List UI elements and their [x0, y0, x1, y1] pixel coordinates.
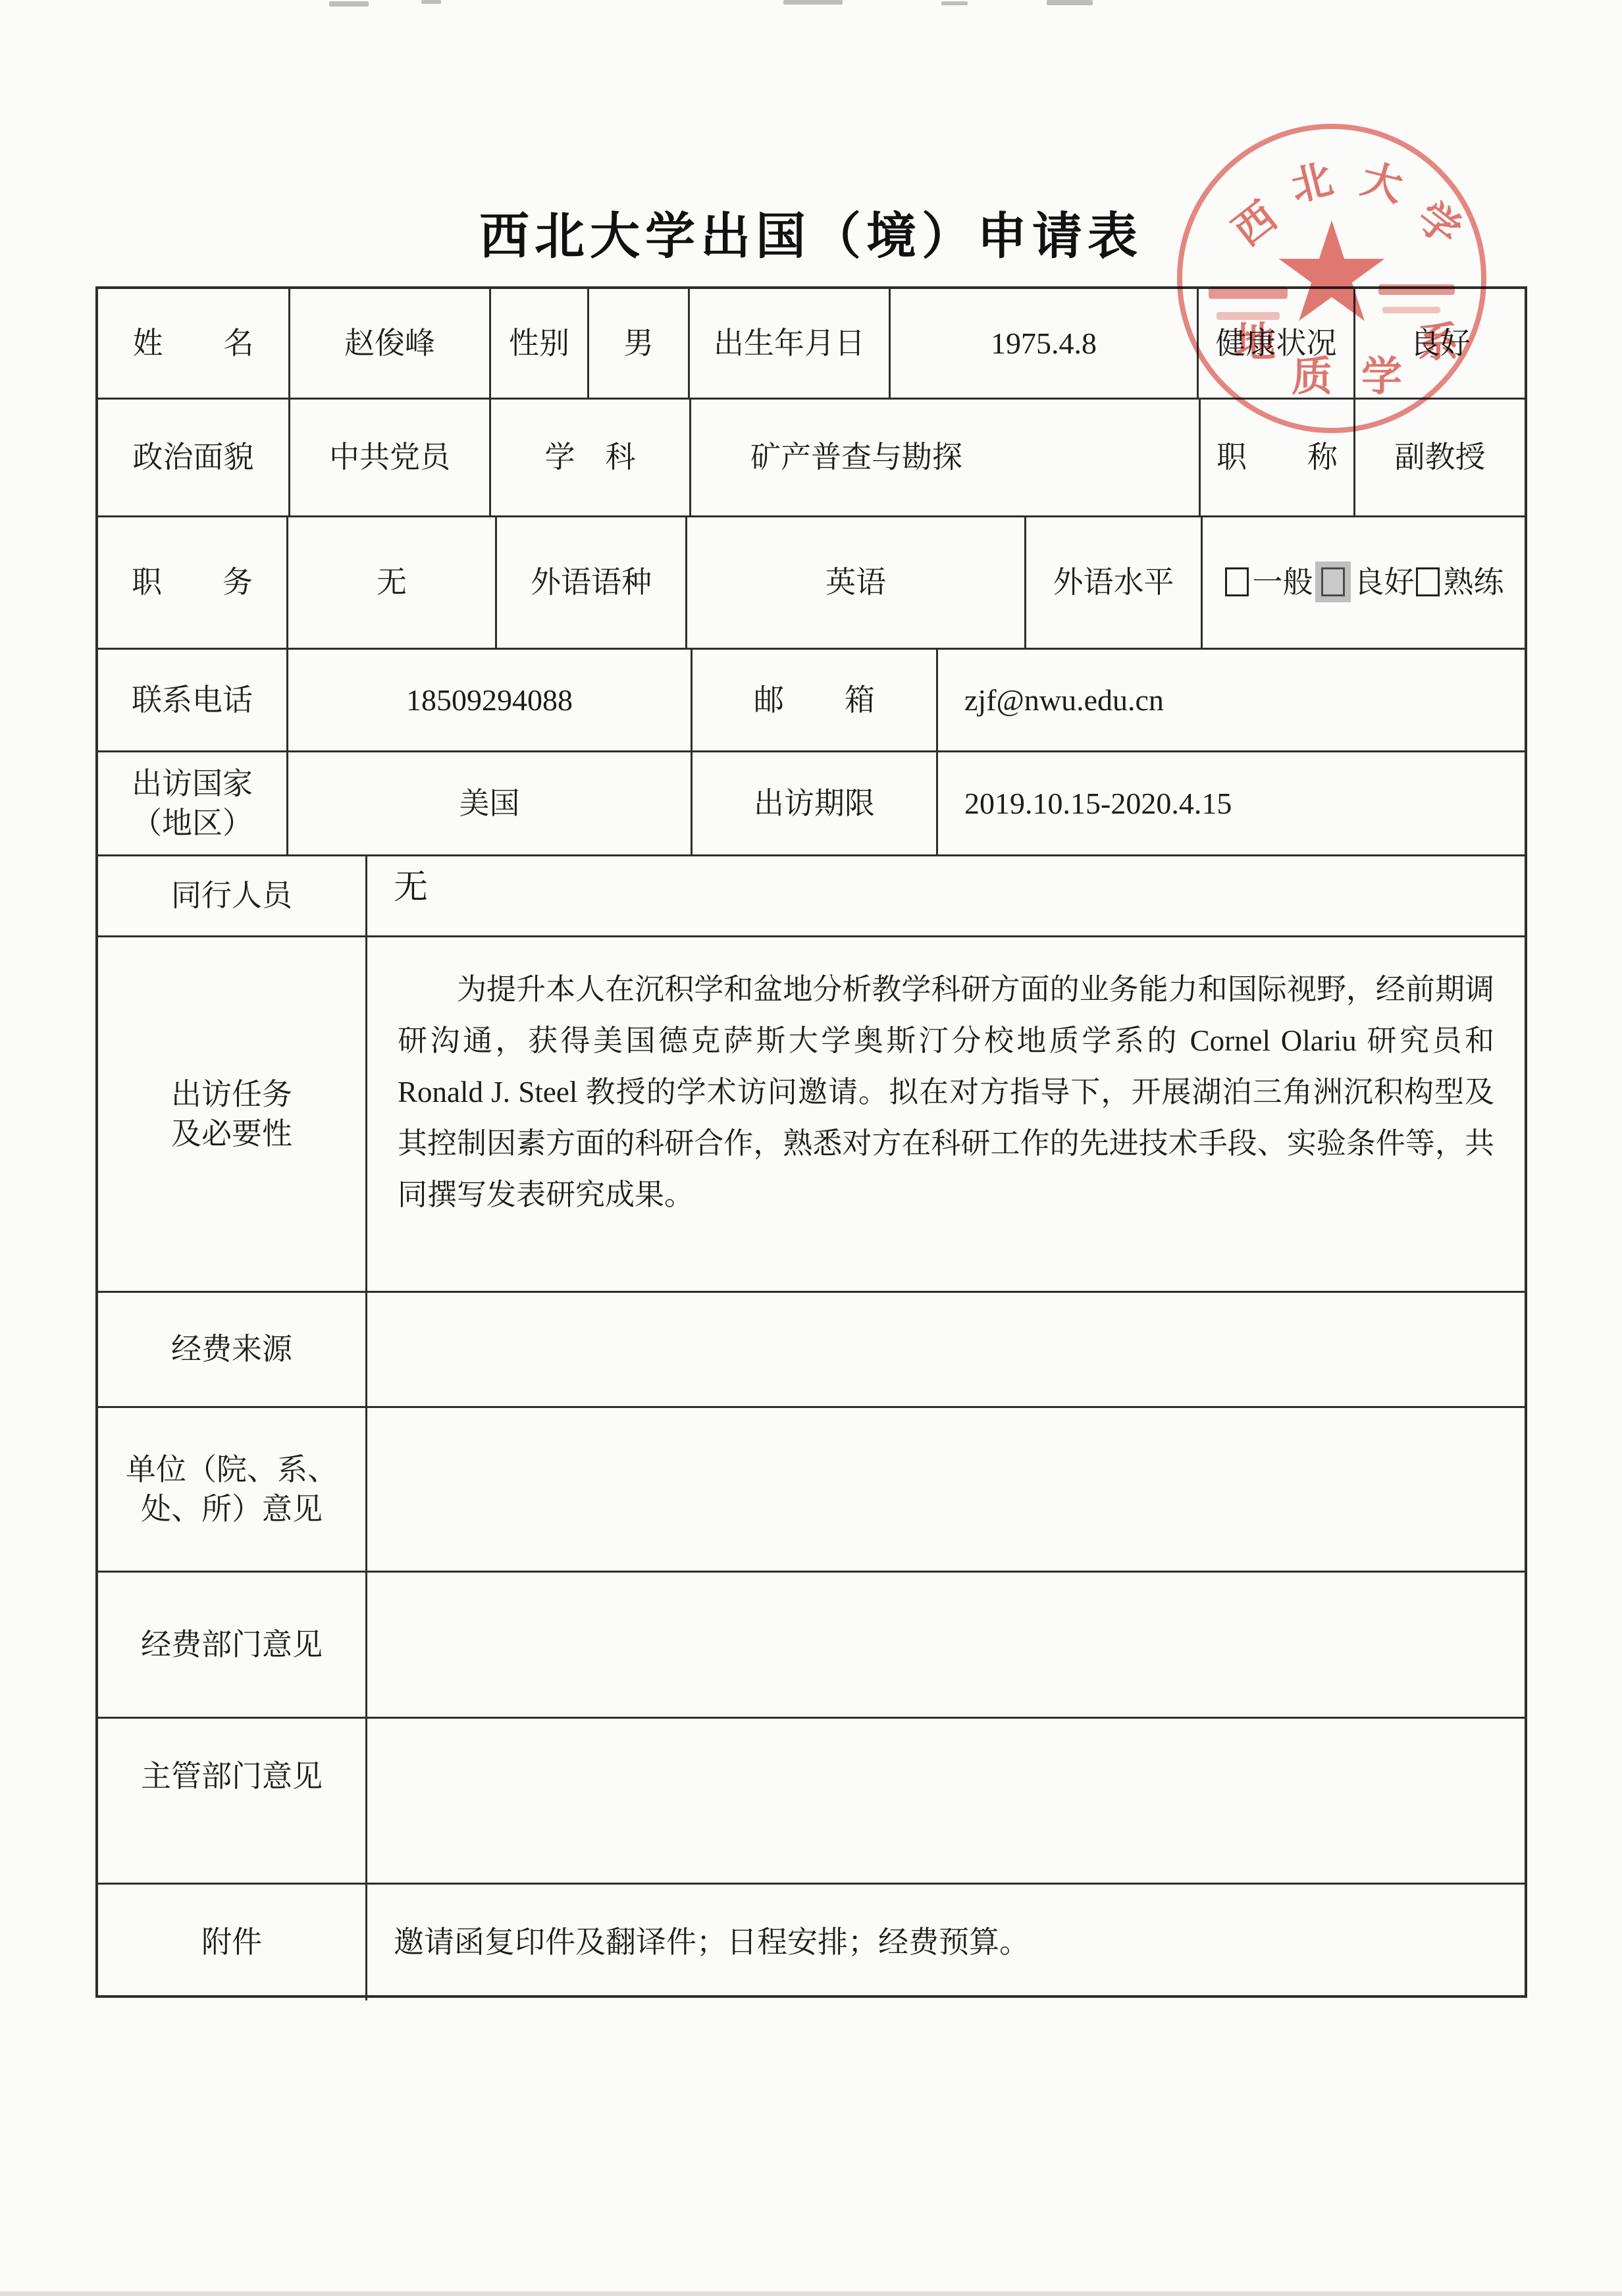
- professional-title-value: 副教授: [1355, 400, 1525, 515]
- row-duty-language: 职 务 无 外语语种 英语 外语水平 一般良好熟练: [98, 517, 1525, 650]
- scan-speck: [783, 0, 843, 5]
- visit-period-value: 2019.10.15-2020.4.15: [938, 752, 1525, 854]
- visit-task-value: 为提升本人在沉积学和盆地分析教学科研方面的业务能力和国际视野，经前期调研沟通，获…: [367, 937, 1525, 1291]
- supervisor-opinion-label: 主管部门意见: [98, 1719, 367, 1883]
- political-status-value: 中共党员: [290, 400, 491, 515]
- checkbox-general-unchecked: [1225, 567, 1249, 596]
- health-value: 良好: [1355, 289, 1525, 398]
- language-level-option-fluent: 熟练: [1415, 563, 1504, 602]
- birth-date-label: 出生年月日: [690, 289, 891, 398]
- language-level-option-general: 一般: [1224, 563, 1313, 602]
- foreign-language-value: 英语: [687, 517, 1026, 648]
- funding-source-label: 经费来源: [98, 1293, 367, 1406]
- health-label: 健康状况: [1199, 289, 1355, 398]
- phone-value: 18509294088: [288, 650, 693, 750]
- foreign-language-label: 外语语种: [497, 517, 687, 648]
- row-companions: 同行人员 无: [98, 856, 1525, 937]
- discipline-value: 矿产普查与勘探: [691, 400, 1201, 515]
- name-value: 赵俊峰: [290, 289, 491, 398]
- political-status-label: 政治面貌: [98, 400, 290, 515]
- duty-label: 职 务: [98, 517, 288, 648]
- scan-speck: [329, 1, 369, 7]
- phone-label: 联系电话: [98, 650, 288, 750]
- discipline-label: 学 科: [491, 400, 691, 515]
- companions-value: 无: [367, 856, 1525, 935]
- duty-value: 无: [288, 517, 497, 648]
- row-visit-task: 出访任务 及必要性 为提升本人在沉积学和盆地分析教学科研方面的业务能力和国际视野…: [98, 937, 1525, 1293]
- gender-value: 男: [589, 289, 690, 398]
- unit-opinion-label: 单位（院、系、 处、所）意见: [98, 1408, 367, 1571]
- funding-dept-opinion-label: 经费部门意见: [98, 1573, 367, 1717]
- visit-period-label: 出访期限: [693, 752, 938, 854]
- birth-date-value: 1975.4.8: [891, 289, 1199, 398]
- visit-task-label: 出访任务 及必要性: [98, 937, 367, 1291]
- row-contact: 联系电话 18509294088 邮 箱 zjf@nwu.edu.cn: [98, 650, 1525, 752]
- row-funding-source: 经费来源: [98, 1293, 1525, 1408]
- destination-country-value: 美国: [288, 752, 693, 854]
- row-funding-dept-opinion: 经费部门意见: [98, 1573, 1525, 1719]
- professional-title-label: 职 称: [1201, 400, 1355, 515]
- attachment-value: 邀请函复印件及翻译件；日程安排；经费预算。: [367, 1885, 1525, 2000]
- destination-country-label: 出访国家 （地区）: [98, 752, 288, 854]
- scan-speck: [1047, 0, 1093, 5]
- funding-dept-opinion-value: [367, 1573, 1525, 1717]
- name-label: 姓 名: [98, 289, 290, 398]
- language-level-option-good: 良好: [1313, 563, 1415, 602]
- email-label: 邮 箱: [693, 650, 938, 750]
- scan-speck: [421, 0, 441, 4]
- attachment-label: 附件: [98, 1885, 367, 2000]
- row-attachment: 附件 邀请函复印件及翻译件；日程安排；经费预算。: [98, 1885, 1525, 2000]
- row-supervisor-opinion: 主管部门意见: [98, 1719, 1525, 1885]
- scan-bottom-edge: [0, 2291, 1622, 2296]
- gender-label: 性别: [491, 289, 589, 398]
- row-political: 政治面貌 中共党员 学 科 矿产普查与勘探 职 称 副教授: [98, 400, 1525, 517]
- row-unit-opinion: 单位（院、系、 处、所）意见: [98, 1408, 1525, 1573]
- application-form-table: 姓 名 赵俊峰 性别 男 出生年月日 1975.4.8 健康状况 良好 政治面貌…: [95, 286, 1527, 1998]
- checkbox-good-shaded: [1321, 567, 1345, 596]
- row-name: 姓 名 赵俊峰 性别 男 出生年月日 1975.4.8 健康状况 良好: [98, 289, 1525, 400]
- funding-source-value: [367, 1293, 1525, 1406]
- scan-speck: [941, 1, 968, 5]
- supervisor-opinion-value: [367, 1719, 1525, 1883]
- checkbox-fluent-unchecked: [1416, 567, 1440, 596]
- unit-opinion-value: [367, 1408, 1525, 1571]
- row-destination: 出访国家 （地区） 美国 出访期限 2019.10.15-2020.4.15: [98, 752, 1525, 856]
- language-level-label: 外语水平: [1026, 517, 1203, 648]
- email-value: zjf@nwu.edu.cn: [938, 650, 1525, 750]
- companions-label: 同行人员: [98, 856, 367, 935]
- language-level-options: 一般良好熟练: [1203, 517, 1525, 648]
- page-title: 西北大学出国（境）申请表: [0, 196, 1622, 268]
